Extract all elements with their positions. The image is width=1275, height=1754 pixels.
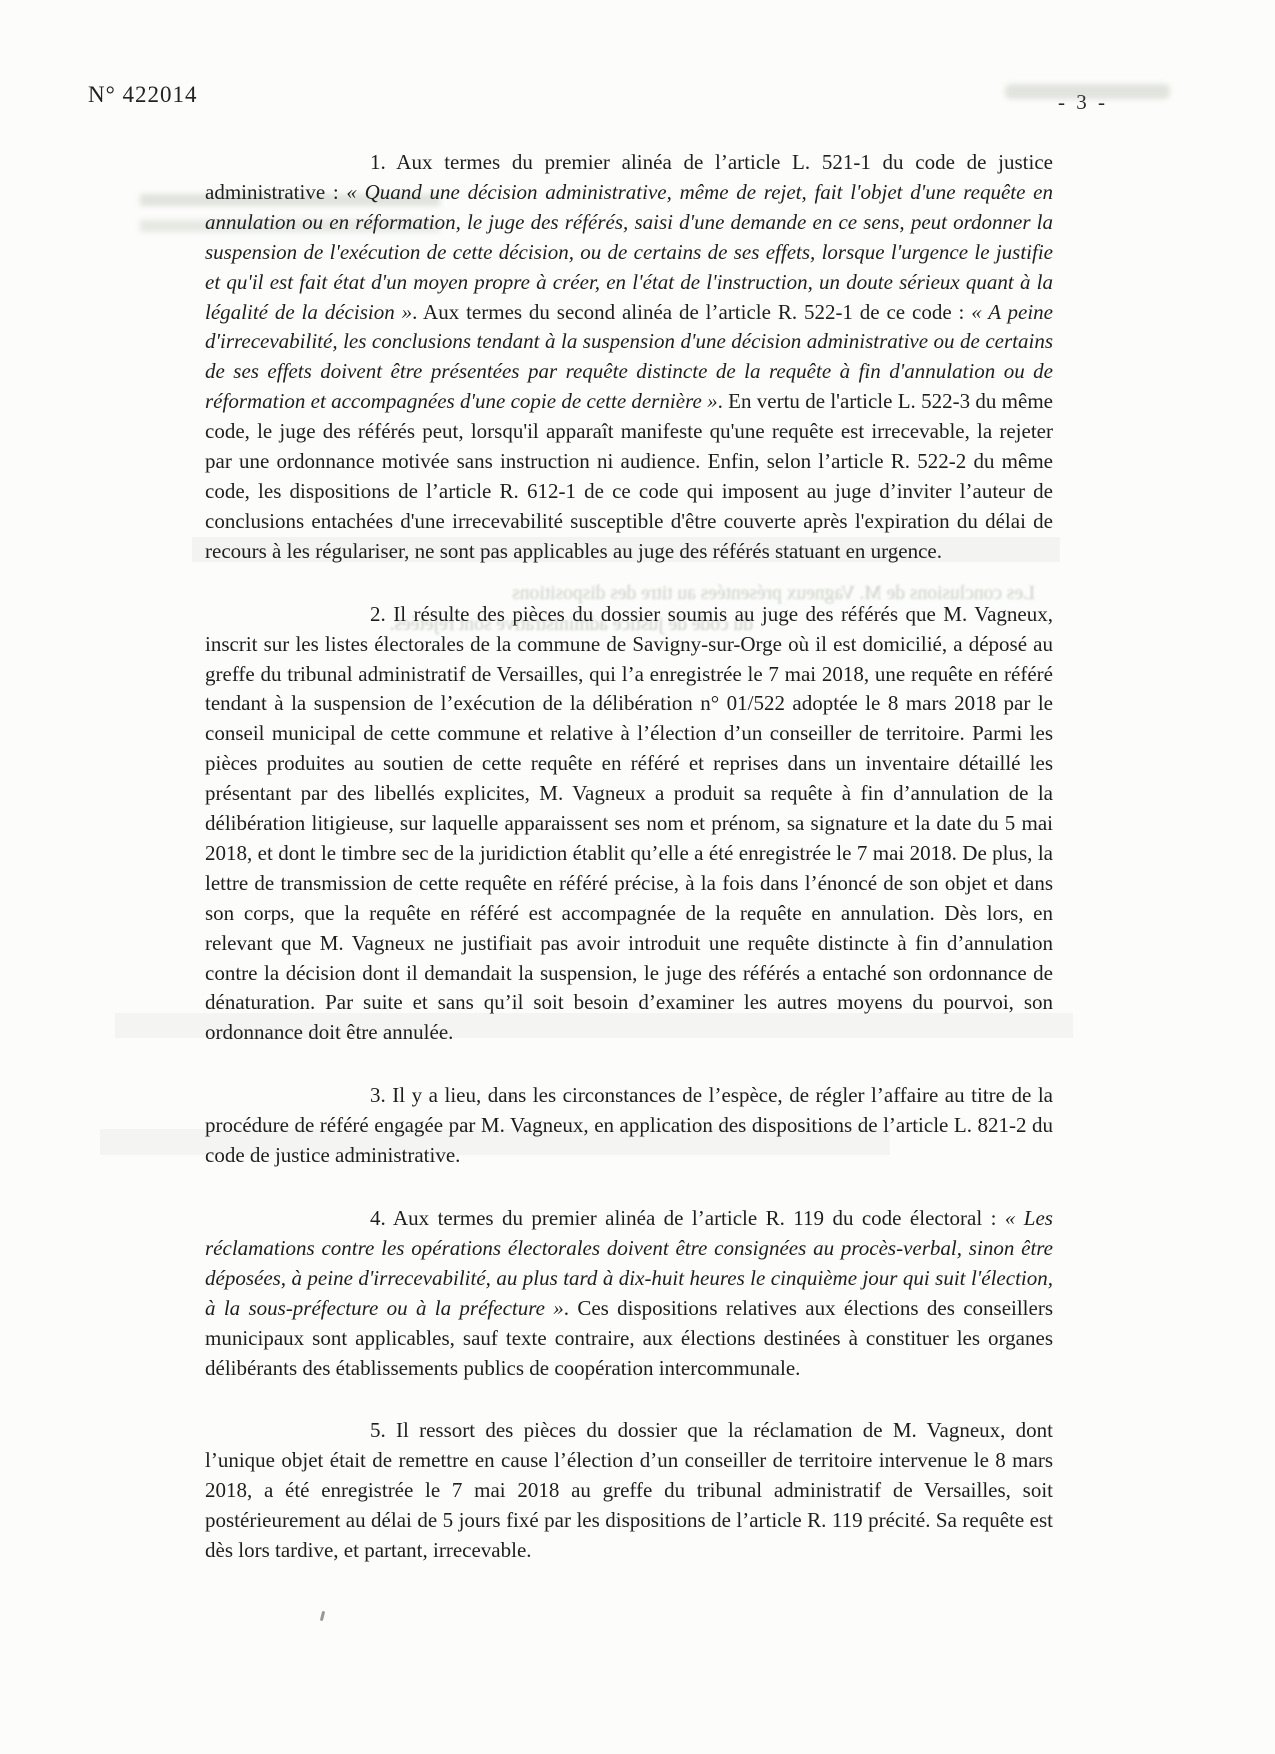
page-number: - 3 - <box>1058 90 1105 115</box>
paragraph: 5. Il ressort des pièces du dossier que … <box>205 1416 1053 1566</box>
scanned-document-page: N° 422014 - 3 - Les conclusions de M. Va… <box>0 0 1275 1754</box>
paragraph: 2. Il résulte des pièces du dossier soum… <box>205 600 1053 1049</box>
body-text: 3. Il y a lieu, dans les circonstances d… <box>205 1083 1053 1167</box>
document-body: 1. Aux termes du premier alinéa de l’art… <box>205 148 1053 1599</box>
paragraph: 4. Aux termes du premier alinéa de l’art… <box>205 1204 1053 1383</box>
body-text: 4. Aux termes du premier alinéa de l’art… <box>370 1206 1005 1230</box>
ink-speck <box>320 1611 325 1621</box>
paragraph: 1. Aux termes du premier alinéa de l’art… <box>205 148 1053 567</box>
body-text: . En vertu de l'article L. 522-3 du même… <box>205 389 1053 563</box>
body-text: 2. Il résulte des pièces du dossier soum… <box>205 602 1053 1045</box>
case-number: N° 422014 <box>88 82 198 108</box>
body-text: . Aux termes du second alinéa de l’artic… <box>412 300 971 324</box>
body-text: 5. Il ressort des pièces du dossier que … <box>205 1418 1053 1562</box>
paragraph: 3. Il y a lieu, dans les circonstances d… <box>205 1081 1053 1171</box>
